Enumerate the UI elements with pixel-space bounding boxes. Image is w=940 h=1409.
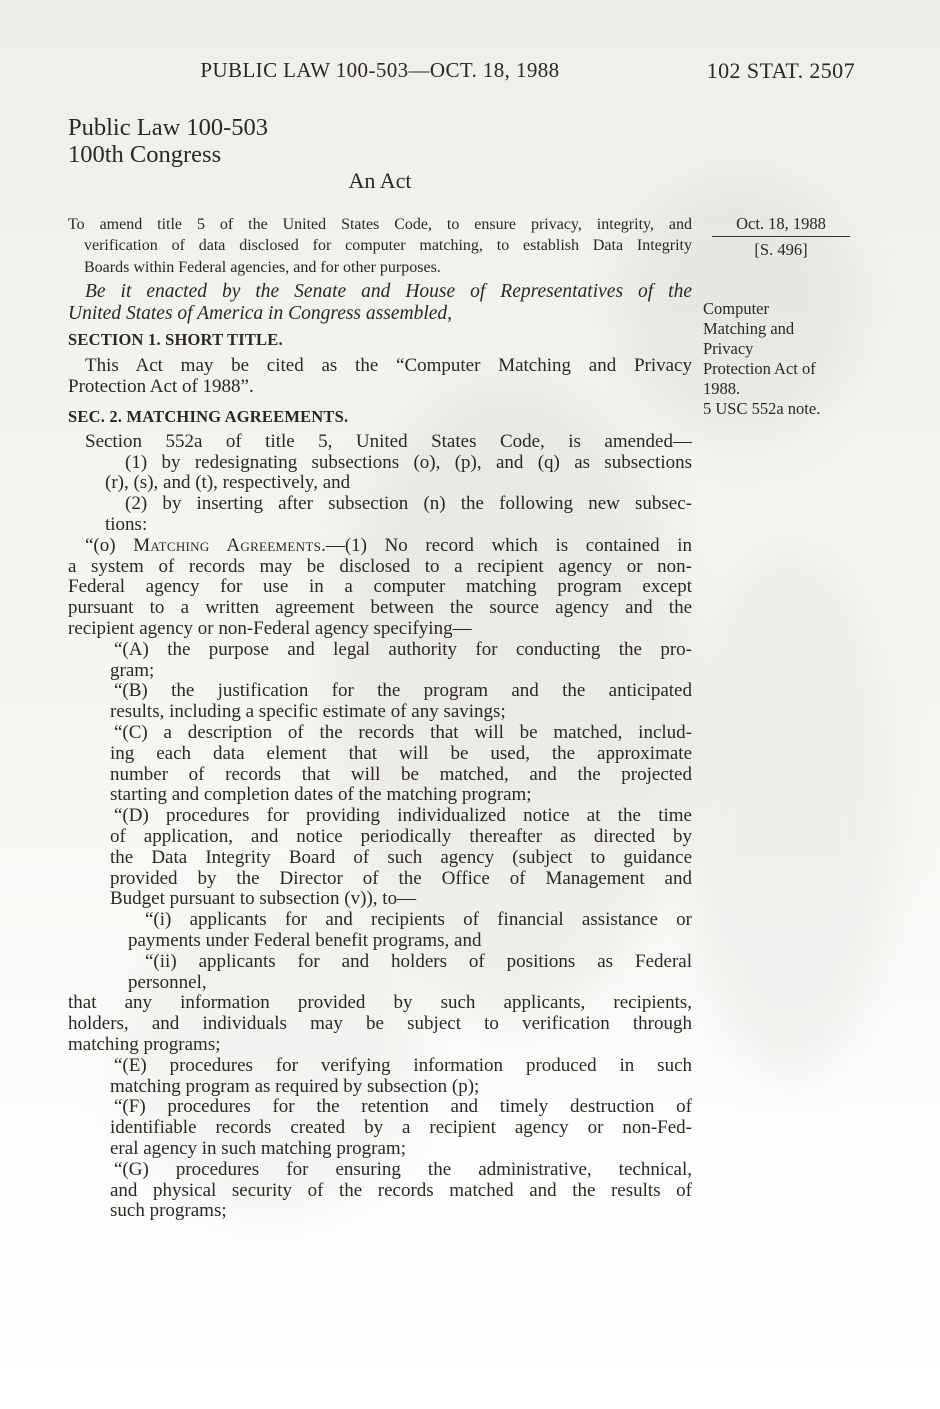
text-line: the Data Integrity Board of such agency … [110, 848, 692, 869]
subparagraph-F: “(F) procedures for the retention and ti… [68, 1097, 692, 1159]
text-line: To amend title 5 of the United States Co… [84, 214, 692, 235]
text-line: recipient agency or non-Federal agency s… [68, 619, 692, 640]
text-line: SECTION 1. SHORT TITLE. [68, 330, 692, 350]
text-line: SEC. 2. MATCHING AGREEMENTS. [68, 407, 692, 427]
text-line: Boards within Federal agencies, and for … [84, 257, 692, 278]
congress-label: 100th Congress [68, 141, 692, 168]
text-line: Budget pursuant to subsection (v)), to— [110, 889, 692, 910]
text-line: of application, and notice periodically … [110, 827, 692, 848]
text-line: United States of America in Congress ass… [68, 303, 692, 325]
law-number: Public Law 100-503 [68, 114, 692, 141]
text-line: provided by the Director of the Office o… [110, 869, 692, 890]
text-line: (1) by redesignating subsections (o), (p… [105, 453, 692, 474]
amendment-lead-in: Section 552a of title 5, United States C… [68, 432, 692, 453]
margin-note-date-group: Oct. 18, 1988 [S. 496] [712, 214, 850, 260]
subparagraph-B: “(B) the justification for the program a… [68, 681, 692, 723]
text-line: This Act may be cited as the “Computer M… [68, 356, 692, 377]
text-line: “(C) a description of the records that w… [110, 723, 692, 744]
text-line: personnel, [128, 973, 692, 994]
text-line: starting and completion dates of the mat… [110, 785, 692, 806]
act-title: An Act [68, 168, 692, 194]
text-line: and physical security of the records mat… [110, 1181, 692, 1202]
subsection-o: “(o) Matching Agreements.—(1) No record … [68, 536, 692, 640]
subparagraph-C: “(C) a description of the records that w… [68, 723, 692, 806]
text-line: number of records that will be matched, … [110, 765, 692, 786]
margin-note-bill-number: [S. 496] [712, 237, 850, 260]
text-line: (r), (s), and (t), respectively, and [105, 473, 692, 494]
text-line: “(A) the purpose and legal authority for… [110, 640, 692, 661]
clause-i: “(i) applicants for and recipients of fi… [68, 910, 692, 952]
running-header: PUBLIC LAW 100-503—OCT. 18, 1988 102 STA… [68, 58, 855, 84]
subparagraph-E: “(E) procedures for verifying informatio… [68, 1056, 692, 1098]
text-line: identifiable records created by a recipi… [110, 1118, 692, 1139]
text-line: gram; [110, 661, 692, 682]
text-line: “(B) the justification for the program a… [110, 681, 692, 702]
scanned-statute-page: PUBLIC LAW 100-503—OCT. 18, 1988 102 STA… [0, 0, 940, 1409]
text-line: “(G) procedures for ensuring the adminis… [110, 1160, 692, 1181]
clause-ii: “(ii) applicants for and holders of posi… [68, 952, 692, 994]
subparagraph-G: “(G) procedures for ensuring the adminis… [68, 1160, 692, 1222]
text-line: (2) by inserting after subsection (n) th… [105, 494, 692, 515]
section-1-heading: SECTION 1. SHORT TITLE. [68, 330, 692, 350]
text-line: Be it enacted by the Senate and House of… [68, 281, 692, 303]
scan-artifact [690, 560, 890, 1080]
section-2-heading: SEC. 2. MATCHING AGREEMENTS. [68, 407, 692, 427]
text-line: such programs; [110, 1201, 692, 1222]
margin-note-date: Oct. 18, 1988 [712, 214, 850, 237]
text-line: Section 552a of title 5, United States C… [68, 432, 692, 453]
main-column: Public Law 100-503 100th Congress An Act… [68, 114, 692, 1222]
small-caps-text: Matching Agreements [133, 535, 321, 556]
text-line: eral agency in such matching program; [110, 1139, 692, 1160]
text-line: payments under Federal benefit programs,… [128, 931, 692, 952]
section-1-text: This Act may be cited as the “Computer M… [68, 356, 692, 398]
law-heading: Public Law 100-503 100th Congress [68, 114, 692, 168]
statute-text: To amend title 5 of the United States Co… [68, 214, 692, 1222]
subparagraph-D: “(D) procedures for providing individual… [68, 806, 692, 910]
preamble: To amend title 5 of the United States Co… [68, 214, 692, 278]
clause-2: (2) by inserting after subsection (n) th… [68, 494, 692, 536]
text-segment: .—(1) No record which is contained in [321, 535, 692, 556]
text-line: that any information provided by such ap… [68, 993, 692, 1014]
clause-1: (1) by redesignating subsections (o), (p… [68, 453, 692, 495]
text-line: ing each data element that will be used,… [110, 744, 692, 765]
text-line: “(E) procedures for verifying informatio… [110, 1056, 692, 1077]
text-line: verification of data disclosed for compu… [84, 235, 692, 256]
text-line: Federal agency for use in a computer mat… [68, 577, 692, 598]
text-line: “(F) procedures for the retention and ti… [110, 1097, 692, 1118]
margin-note-short-title: Computer Matching and Privacy Protection… [703, 299, 875, 419]
text-line: a system of records may be disclosed to … [68, 557, 692, 578]
text-line: “(o) Matching Agreements.—(1) No record … [68, 536, 692, 557]
text-line: “(D) procedures for providing individual… [110, 806, 692, 827]
running-head-title: PUBLIC LAW 100-503—OCT. 18, 1988 [68, 58, 692, 83]
text-line: pursuant to a written agreement between … [68, 598, 692, 619]
stat-citation: 102 STAT. 2507 [707, 58, 855, 84]
text-segment: “(o) [85, 535, 133, 556]
text-line: Protection Act of 1988”. [68, 377, 692, 398]
text-line: results, including a specific estimate o… [110, 702, 692, 723]
enacting-clause: Be it enacted by the Senate and House of… [68, 281, 692, 325]
subparagraph-A: “(A) the purpose and legal authority for… [68, 640, 692, 682]
text-line: “(i) applicants for and recipients of fi… [128, 910, 692, 931]
subparagraph-D-closing: that any information provided by such ap… [68, 993, 692, 1055]
text-line: holders, and individuals may be subject … [68, 1014, 692, 1035]
text-line: tions: [105, 515, 692, 536]
text-line: matching programs; [68, 1035, 692, 1056]
text-line: “(ii) applicants for and holders of posi… [128, 952, 692, 973]
text-line: matching program as required by subsecti… [110, 1077, 692, 1098]
